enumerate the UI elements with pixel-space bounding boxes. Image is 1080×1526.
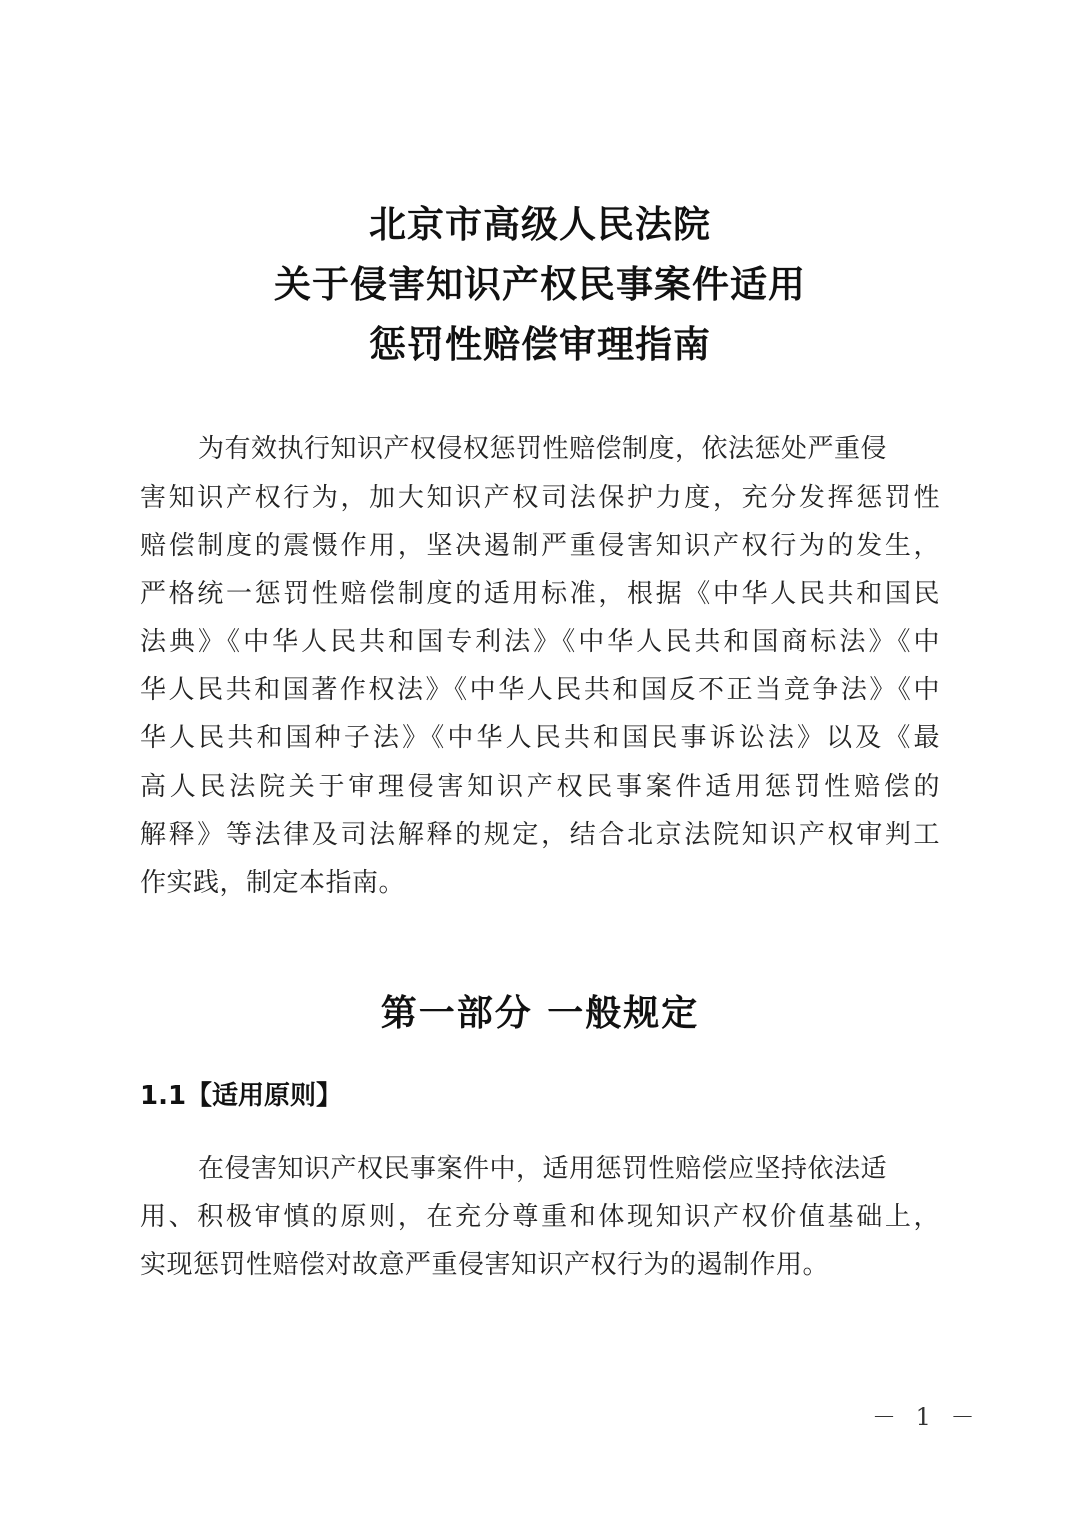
preamble-line-1: 为有效执行知识产权侵权惩罚性赔偿制度，依法惩处严重侵 (198, 433, 887, 465)
title-line-1: 北京市高级人民法院 (0, 194, 1080, 254)
title-line-2: 关于侵害知识产权民事案件适用 (0, 254, 1080, 314)
title-line-3: 惩罚性赔偿审理指南 (0, 314, 1080, 374)
preamble-line-10: 作实践，制定本指南。 (140, 867, 405, 899)
preamble-line-6: 华人民共和国著作权法》《中华人民共和国反不正当竞争法》《中 (140, 674, 940, 706)
article-heading: 1.1【适用原则】 (140, 1078, 342, 1114)
preamble-line-2: 害知识产权行为，加大知识产权司法保护力度，充分发挥惩罚性 (140, 482, 940, 514)
document-page: 北京市高级人民法院 关于侵害知识产权民事案件适用 惩罚性赔偿审理指南 为有效执行… (0, 0, 1080, 1526)
preamble-line-4: 严格统一惩罚性赔偿制度的适用标准，根据《中华人民共和国民 (140, 578, 940, 610)
article-line-1: 在侵害知识产权民事案件中，适用惩罚性赔偿应坚持依法适 (198, 1153, 887, 1185)
page-number: － 1 － (872, 1402, 981, 1432)
section-heading: 第一部分 一般规定 (0, 988, 1080, 1038)
preamble-line-9: 解释》等法律及司法解释的规定，结合北京法院知识产权审判工 (140, 819, 940, 851)
preamble-line-7: 华人民共和国种子法》《中华人民共和国民事诉讼法》以及《最 (140, 722, 940, 754)
preamble-line-8: 高人民法院关于审理侵害知识产权民事案件适用惩罚性赔偿的 (140, 771, 940, 803)
document-title: 北京市高级人民法院 关于侵害知识产权民事案件适用 惩罚性赔偿审理指南 (0, 194, 1080, 374)
preamble-line-3: 赔偿制度的震慑作用，坚决遏制严重侵害知识产权行为的发生， (140, 530, 940, 562)
article-line-2: 用、积极审慎的原则，在充分尊重和体现知识产权价值基础上， (140, 1201, 940, 1233)
article-line-3: 实现惩罚性赔偿对故意严重侵害知识产权行为的遏制作用。 (140, 1249, 829, 1281)
preamble-line-5: 法典》《中华人民共和国专利法》《中华人民共和国商标法》《中 (140, 626, 940, 658)
